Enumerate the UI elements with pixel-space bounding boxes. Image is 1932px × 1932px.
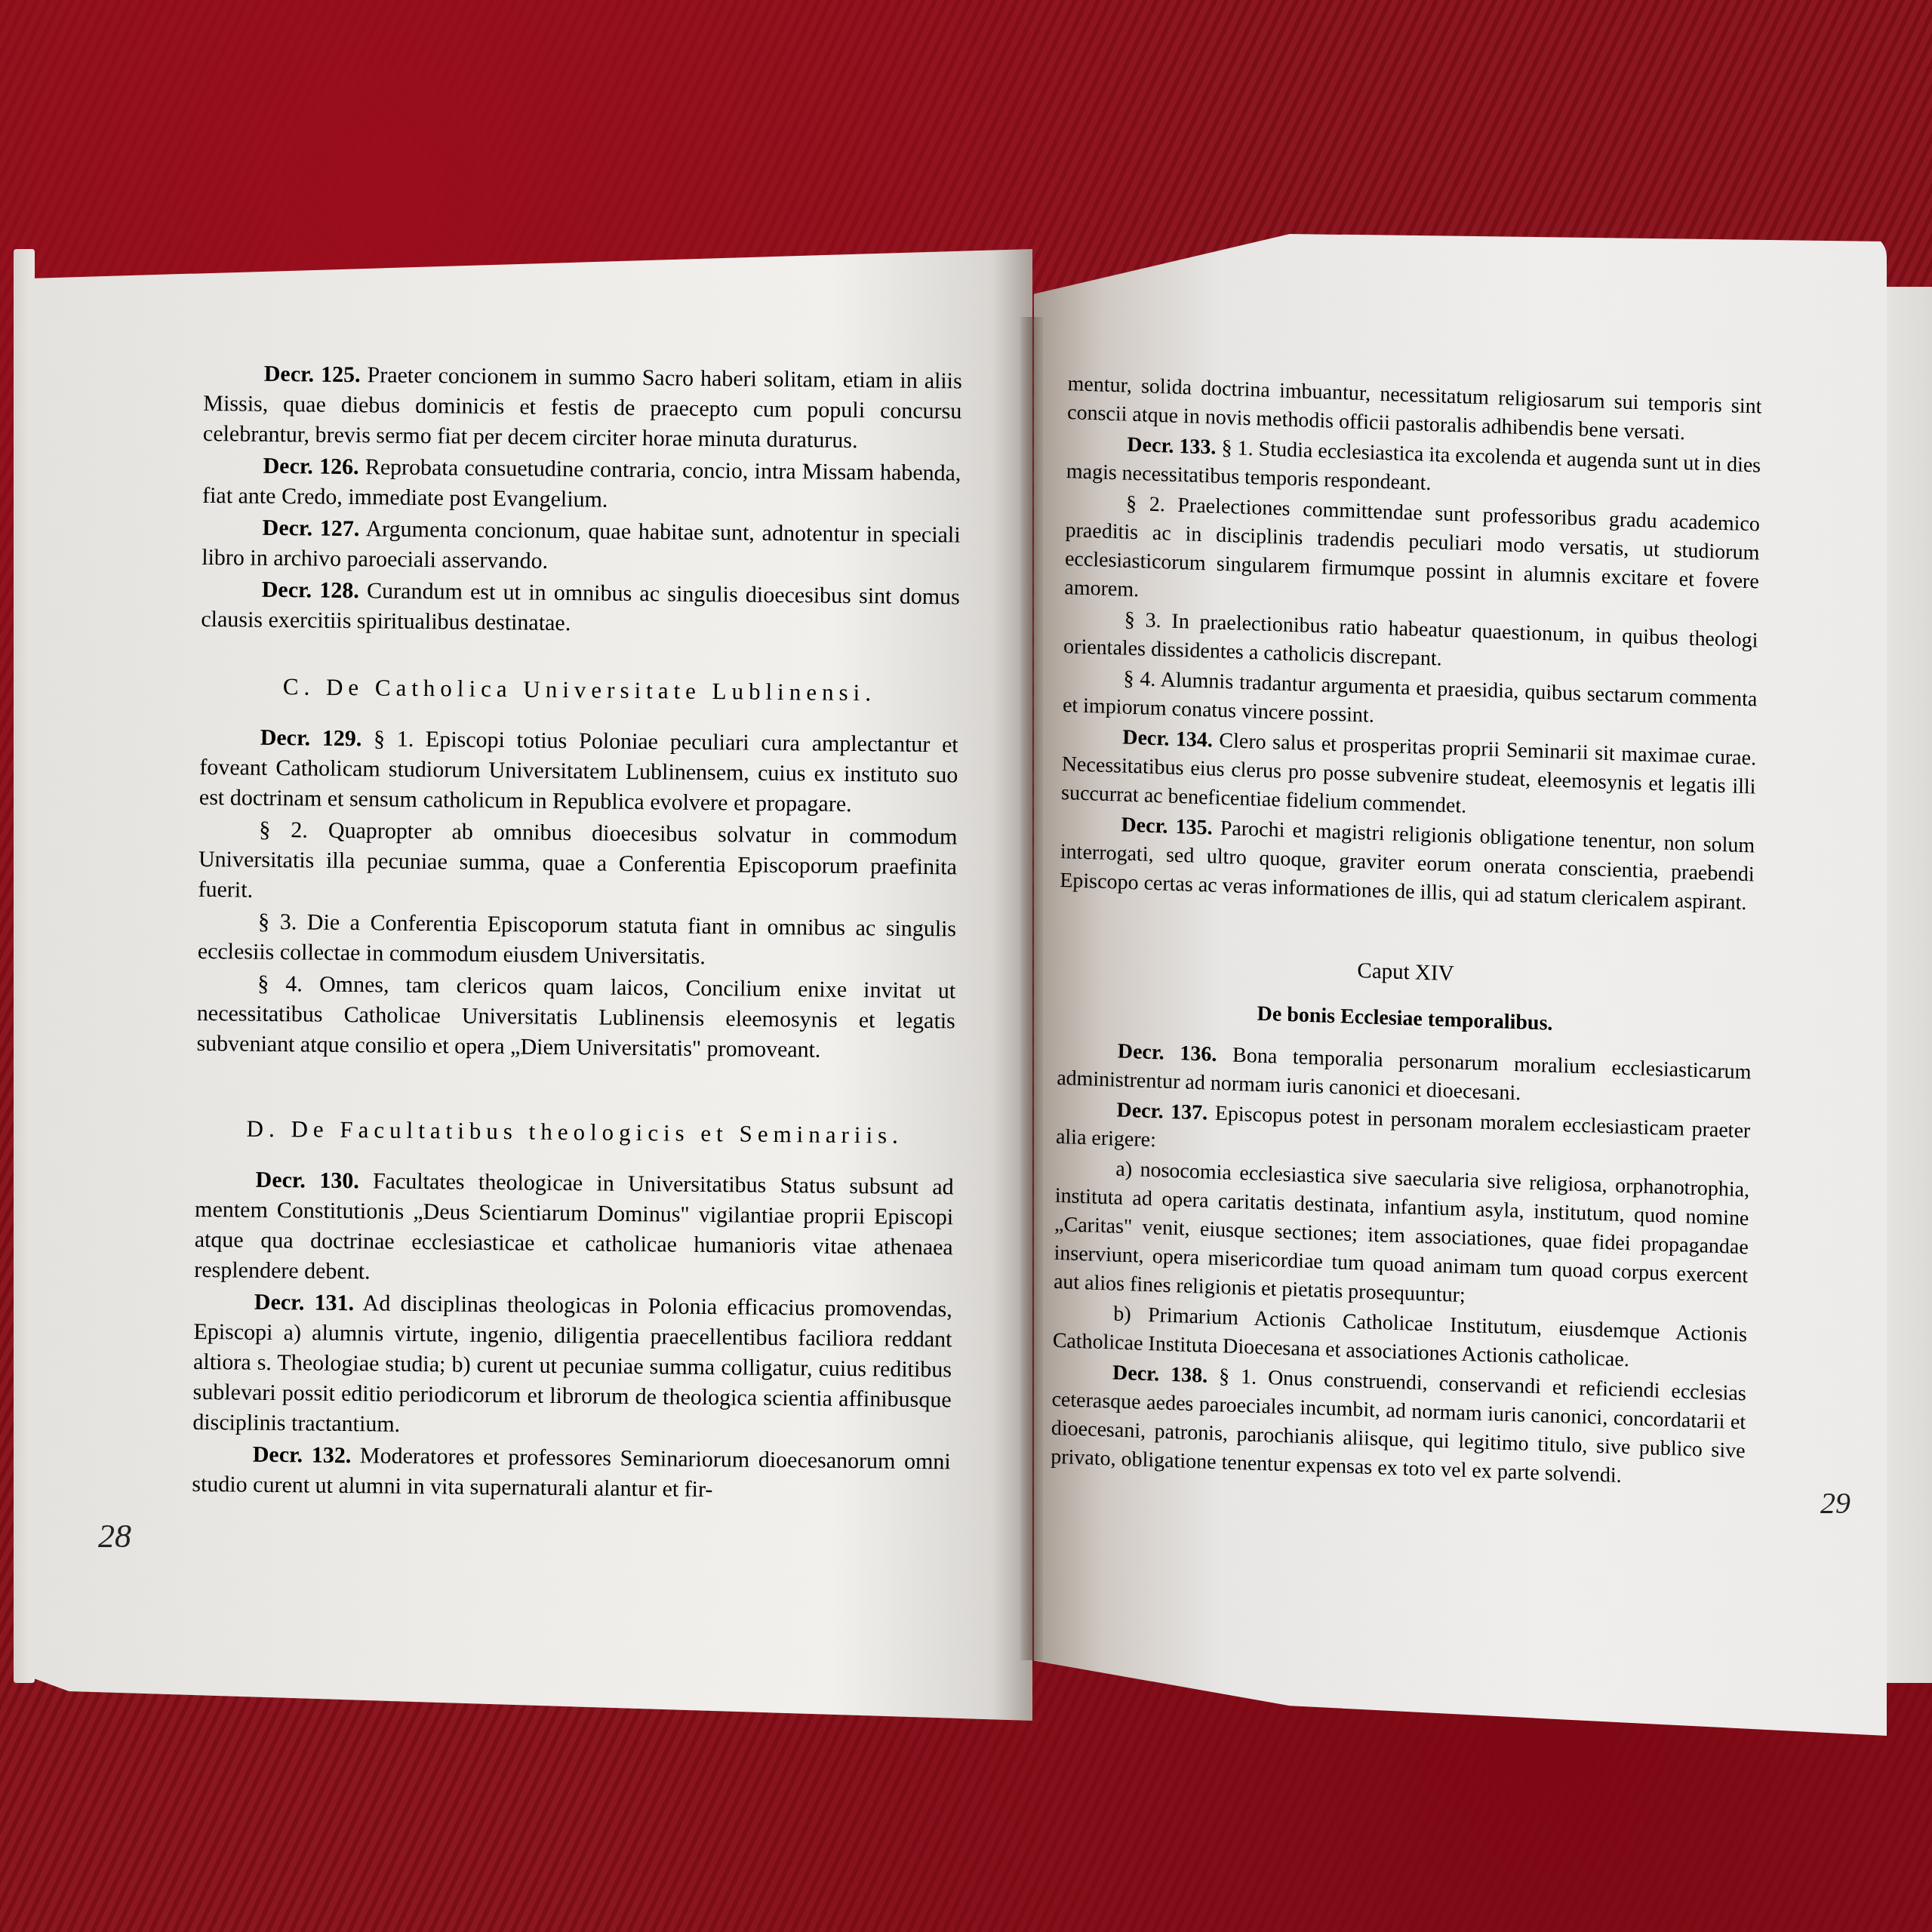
left-page-text: Decr. 125. Praeter concionem in summo Sa… bbox=[192, 358, 962, 1509]
decree-133-par-2: § 2. Praelectiones committendae sunt pro… bbox=[1064, 488, 1760, 625]
section-heading-d: D. De Facultatibus theologicis et Semina… bbox=[195, 1113, 954, 1152]
decree-130: Decr. 130. Facultates theologicae in Uni… bbox=[194, 1164, 954, 1294]
decree-137-item-a: a) nosocomia ecclesiastica sive saecular… bbox=[1054, 1153, 1750, 1319]
right-page-text: mentur, solida doctrina imbuantur, neces… bbox=[1051, 370, 1762, 1496]
page-number-right: 29 bbox=[1820, 1485, 1850, 1521]
decree-131: Decr. 131. Ad disciplinas theologicas in… bbox=[192, 1287, 952, 1446]
section-heading-c: C. De Catholica Universitate Lublinensi. bbox=[200, 671, 958, 709]
decree-129-par-2: § 2. Quapropter ab omnibus dioecesibus s… bbox=[198, 814, 957, 913]
book-spine-gutter bbox=[1020, 317, 1043, 1660]
decree-125: Decr. 125. Praeter concionem in summo Sa… bbox=[203, 358, 962, 457]
decree-126: Decr. 126. Reprobata consuetudine contra… bbox=[202, 451, 961, 519]
decree-138: Decr. 138. § 1. Onus construendi, conser… bbox=[1051, 1357, 1746, 1494]
page-number-left: 28 bbox=[98, 1517, 131, 1555]
decree-129-par-3: § 3. Die a Conferentia Episcoporum statu… bbox=[198, 906, 957, 975]
decree-132: Decr. 132. Moderatores et professores Se… bbox=[192, 1439, 951, 1508]
decree-129: Decr. 129. § 1. Episcopi totius Poloniae… bbox=[199, 722, 958, 821]
decree-129-par-4: § 4. Omnes, tam clericos quam laicos, Co… bbox=[196, 968, 955, 1067]
chapter-title: De bonis Ecclesiae temporalibus. bbox=[1057, 993, 1752, 1045]
decree-128: Decr. 128. Curandum est ut in omnibus ac… bbox=[201, 574, 960, 643]
decree-127: Decr. 127. Argumenta concionum, quae hab… bbox=[202, 512, 961, 581]
chapter-number: Caput XIV bbox=[1058, 946, 1752, 998]
